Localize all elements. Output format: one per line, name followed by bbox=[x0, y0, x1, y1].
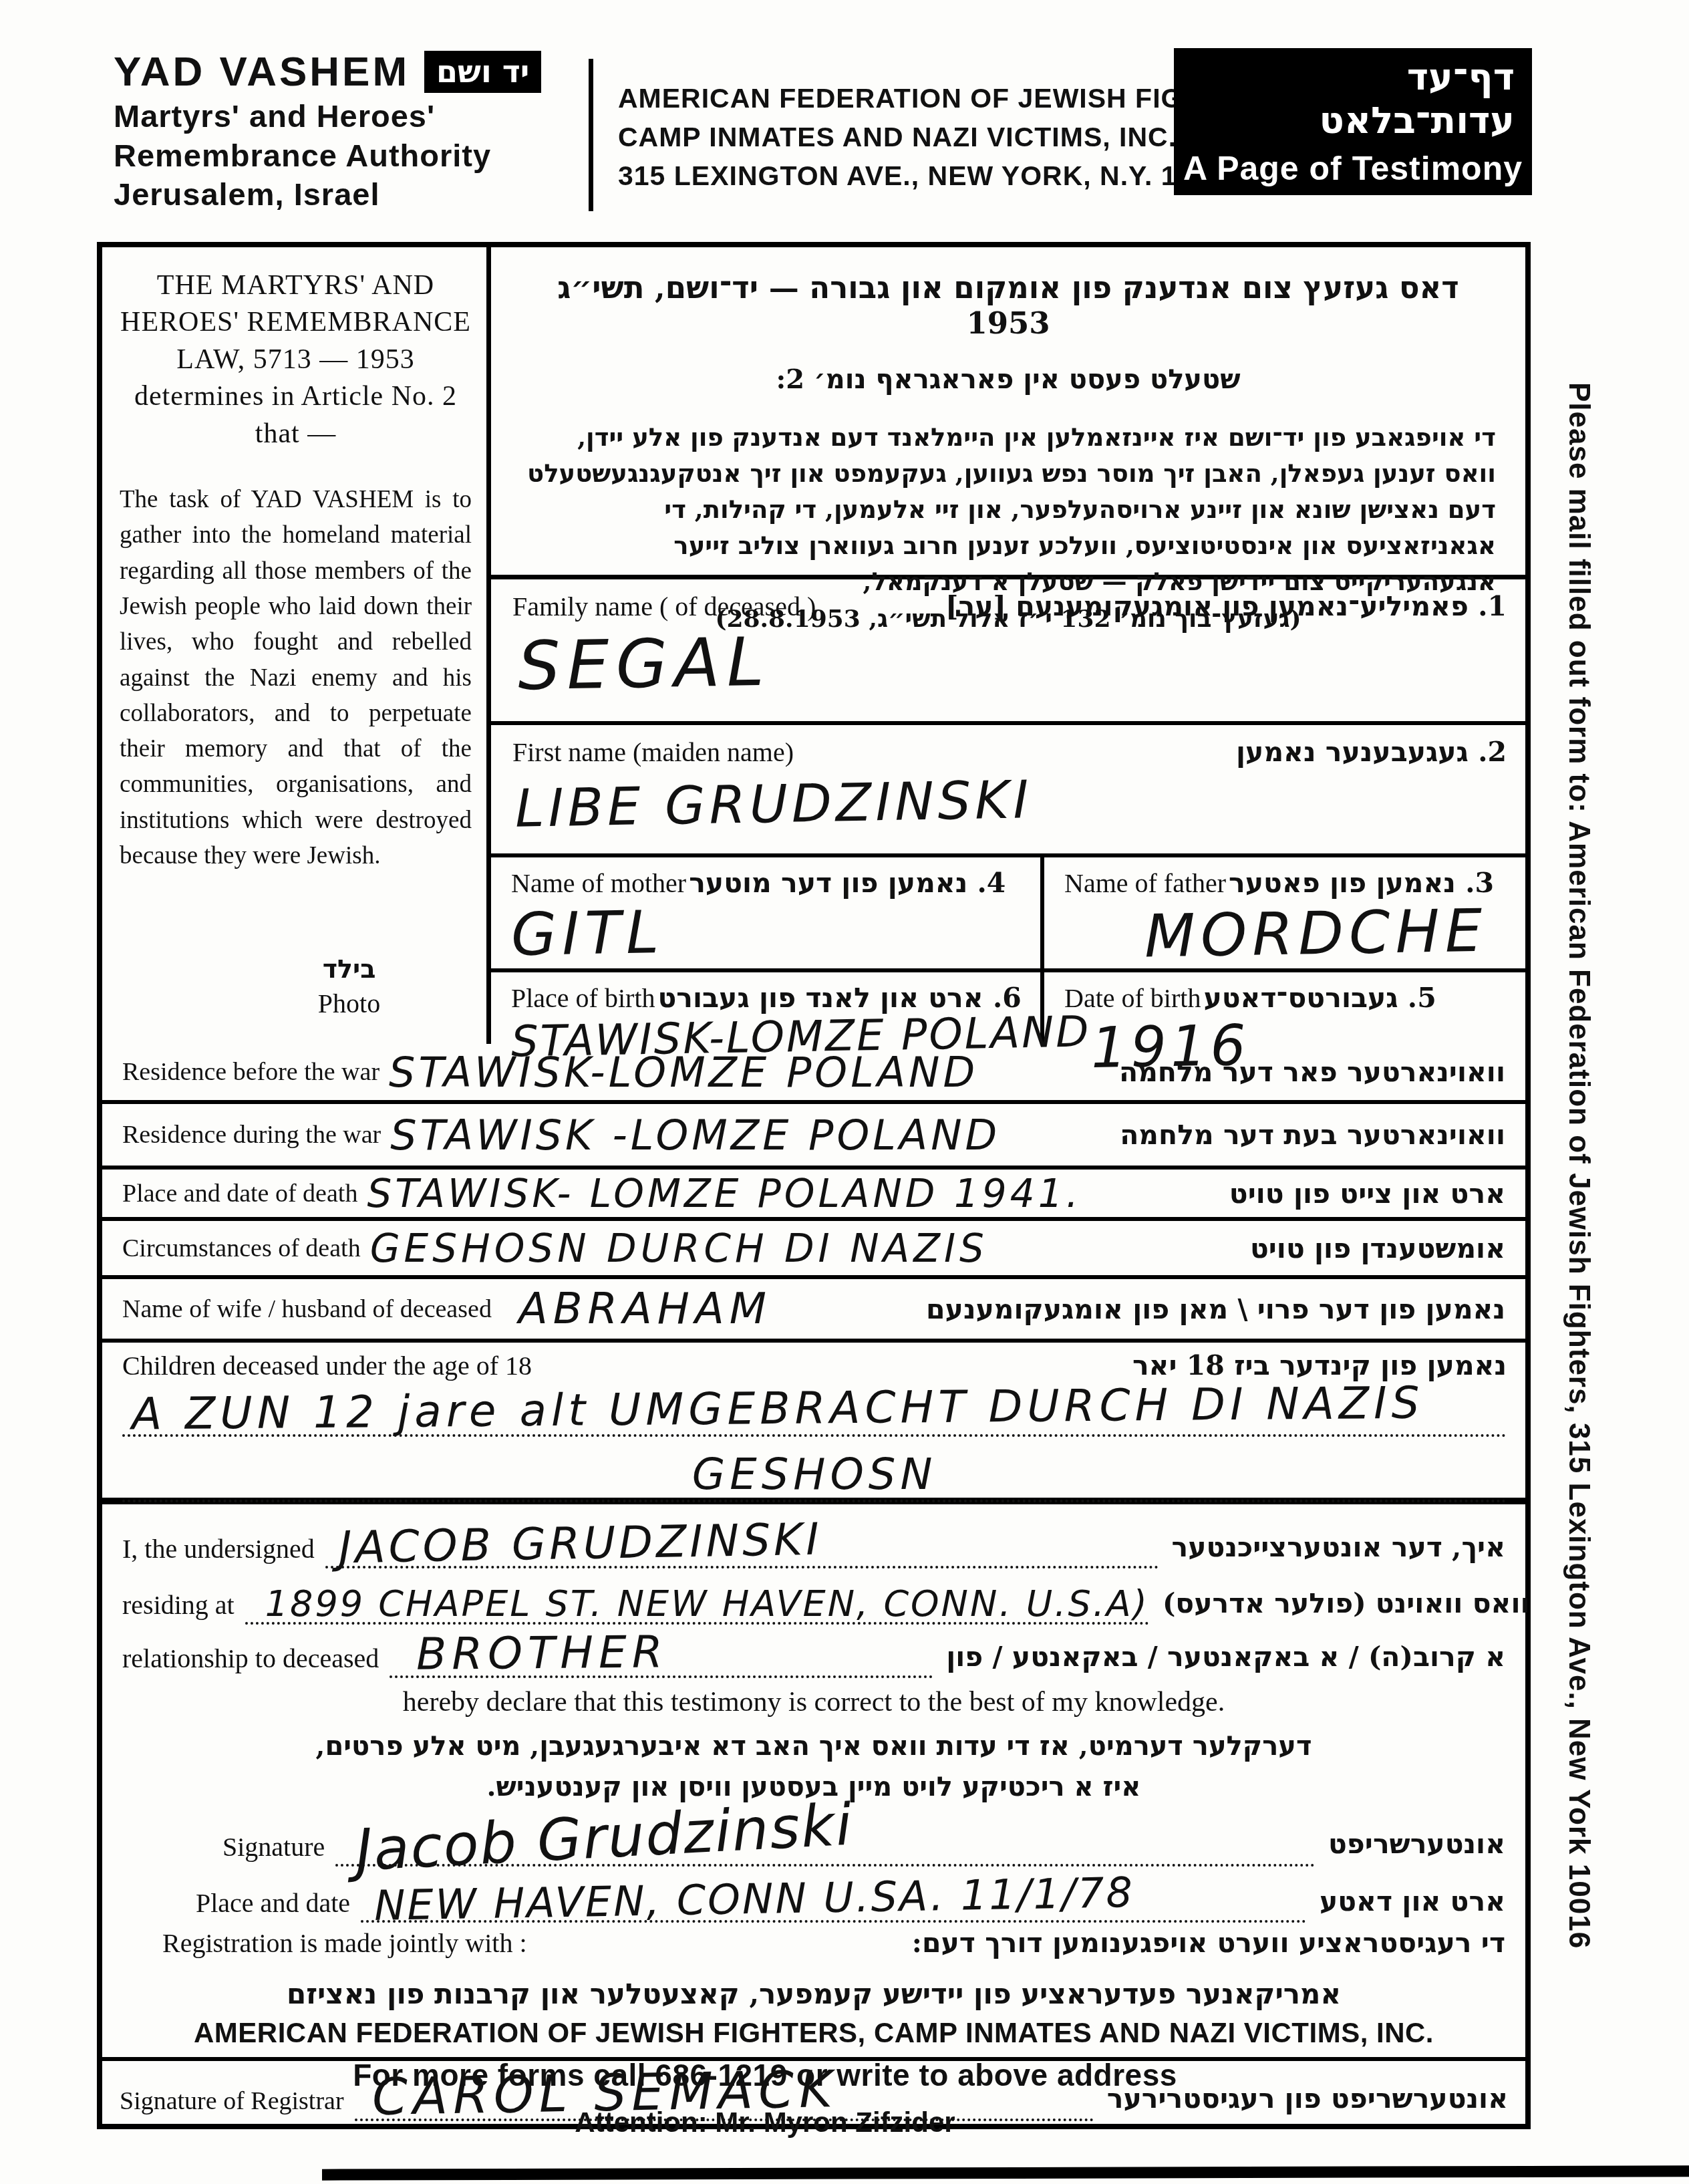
header-divider-rule bbox=[589, 59, 593, 211]
father-name-value: MORDCHE bbox=[1144, 896, 1488, 971]
field-mother-name: Name of mother 4. נאמען פון דער מוטער GI… bbox=[491, 857, 1044, 968]
death-circumstances-label-en: Circumstances of death bbox=[122, 1234, 361, 1263]
children-value-line1: A ZUN 12 jare alt UMGEBRACHT DURCH DI NA… bbox=[132, 1377, 1424, 1440]
footer-attention-line: Attention: Mr. Myron Zifzider bbox=[0, 2106, 1530, 2139]
spouse-name-label-en: Name of wife / husband of deceased bbox=[122, 1294, 492, 1324]
badge-hebrew-line2: עדות־בלאט bbox=[1174, 99, 1532, 142]
children-label-yi: נאמען פון קינדער ביז 18 יאר bbox=[1132, 1349, 1507, 1381]
death-place-date-label-yi: ארט און צייט פון טויט bbox=[1229, 1178, 1505, 1210]
registration-org-yiddish: אמריקאנער פעדעראציע פון יידישע קעמפער, ק… bbox=[122, 1977, 1505, 2010]
place-and-date-label-en: Place and date bbox=[196, 1887, 350, 1923]
undersigned-value: JACOB GRUDZINSKI bbox=[338, 1518, 822, 1571]
residence-before-value: STAWISK-LOMZE POLAND bbox=[389, 1048, 978, 1097]
photo-label-hebrew: בילד bbox=[226, 954, 472, 984]
mailing-instruction-sidebar: Please mail filled out form to: American… bbox=[1562, 382, 1595, 1799]
place-of-birth-label-en: Place of birth bbox=[511, 983, 655, 1013]
residence-before-label-en: Residence before the war bbox=[122, 1057, 379, 1087]
signature-value: Jacob Grudzinski bbox=[355, 1799, 855, 1877]
footer-note: For more forms call 686-1219 or write to… bbox=[0, 2057, 1530, 2139]
death-circumstances-value: GESHOSN DURCH DI NAZIS bbox=[370, 1226, 988, 1271]
date-of-birth-label-yi: 5. געבורטס־דאטע bbox=[1203, 982, 1436, 1014]
yad-vashem-logo-block: YAD VASHEM יד ושם Martyrs' and Heroes' R… bbox=[114, 48, 581, 213]
relationship-label-yi: א קרוב(ה) / א באקאנטער / באקאנטע / פון bbox=[946, 1641, 1505, 1678]
mother-name-label-en: Name of mother bbox=[511, 868, 686, 898]
field-circumstances-of-death: Circumstances of death GESHOSN DURCH DI … bbox=[102, 1221, 1525, 1279]
residing-at-label-en: residing at bbox=[122, 1589, 235, 1625]
yiddish-intro-body: די אויפגאבע פון יד־ושם איז איינזאמלען אי… bbox=[520, 419, 1496, 599]
mother-name-label-yi: 4. נאמען פון דער מוטער bbox=[689, 867, 1006, 899]
page-of-testimony-badge: דף־עד עדות־בלאט A Page of Testimony bbox=[1174, 48, 1532, 195]
children-value-line1-rule: A ZUN 12 jare alt UMGEBRACHT DURCH DI NA… bbox=[122, 1383, 1507, 1437]
relationship-label-en: relationship to deceased bbox=[122, 1643, 379, 1678]
place-and-date-fill-line: NEW HAVEN, CONN U.SA. 11/1/78 bbox=[361, 1879, 1306, 1923]
undersigned-fill-line: JACOB GRUDZINSKI bbox=[325, 1522, 1159, 1568]
residence-during-value: STAWISK -LOMZE POLAND bbox=[390, 1111, 1000, 1159]
residence-during-label-yi: וואוינארטער בעת דער מלחמה bbox=[1120, 1119, 1505, 1151]
death-place-date-value: STAWISK- LOMZE POLAND 1941. bbox=[367, 1171, 1082, 1216]
field-residence-during-war: Residence during the war STAWISK -LOMZE … bbox=[102, 1104, 1525, 1170]
field-residence-before-war: Residence before the war STAWISK-LOMZE P… bbox=[102, 1044, 1525, 1104]
declaration-english: hereby declare that this testimony is co… bbox=[122, 1686, 1505, 1718]
place-and-date-label-yi: ארט און דאטע bbox=[1320, 1885, 1505, 1923]
relationship-value: BROTHER bbox=[416, 1630, 668, 1676]
field-place-and-date: Place and date NEW HAVEN, CONN U.SA. 11/… bbox=[122, 1867, 1505, 1923]
signature-fill-line: Jacob Grudzinski bbox=[335, 1812, 1315, 1867]
residence-before-label-yi: וואוינארטער פאר דער מלחמה bbox=[1119, 1056, 1505, 1088]
badge-hebrew-line1: דף־עד bbox=[1174, 55, 1532, 99]
signature-label-en: Signature bbox=[222, 1831, 325, 1867]
law-panel: THE MARTYRS' AND HEROES' REMEMBRANCE LAW… bbox=[102, 247, 491, 1044]
first-name-label-en: First name (maiden name) bbox=[512, 736, 794, 768]
father-name-label-en: Name of father bbox=[1064, 868, 1226, 898]
scanned-page-of-testimony-form: { "header": { "yad_vashem": "YAD VASHEM"… bbox=[0, 0, 1689, 2184]
registration-label-en: Registration is made jointly with : bbox=[162, 1927, 527, 1963]
badge-english-title: A Page of Testimony bbox=[1174, 149, 1532, 188]
field-parents-row: Name of mother 4. נאמען פון דער מוטער GI… bbox=[491, 857, 1525, 972]
date-of-birth-label-en: Date of birth bbox=[1064, 983, 1201, 1013]
yiddish-intro-title1: דאס געזעץ צום אנדענק פון אומקום און גבור… bbox=[520, 270, 1496, 341]
residing-at-label-yi: וואס וואוינט (פולער אדרעס) bbox=[1163, 1587, 1530, 1625]
authority-name-line2: Remembrance Authority bbox=[114, 138, 581, 174]
photo-label-english: Photo bbox=[226, 988, 472, 1019]
residence-during-label-en: Residence during the war bbox=[122, 1120, 381, 1149]
law-heading: THE MARTYRS' AND HEROES' REMEMBRANCE LAW… bbox=[120, 267, 472, 452]
law-body-text: The task of YAD VASHEM is to gather into… bbox=[120, 482, 472, 873]
yiddish-intro-title2: שטעלט פעסט אין פאראגראף נומ׳ 2: bbox=[520, 364, 1496, 395]
undersigned-label-yi: איך, דער אונטערצייכנטער bbox=[1172, 1531, 1505, 1568]
relationship-fill-line: BROTHER bbox=[390, 1631, 933, 1678]
field-signature: Signature Jacob Grudzinski אונטערשריפט bbox=[122, 1802, 1505, 1867]
field-children-deceased: Children deceased under the age of 18 נא… bbox=[102, 1343, 1525, 1504]
children-value-line2-rule: GESHOSN bbox=[122, 1450, 1507, 1502]
spouse-name-value: ABRAHAM bbox=[518, 1284, 772, 1334]
field-first-name: First name (maiden name) 2. געגעבענער נא… bbox=[491, 725, 1525, 857]
photo-placeholder: בילד Photo bbox=[120, 954, 472, 1019]
undersigned-label-en: I, the undersigned bbox=[122, 1533, 315, 1568]
authority-location: Jerusalem, Israel bbox=[114, 176, 581, 213]
footer-more-forms-line: For more forms call 686-1219 or write to… bbox=[0, 2057, 1530, 2093]
death-circumstances-label-yi: אומשטענדן פון טויט bbox=[1250, 1232, 1505, 1264]
field-place-of-birth: Place of birth 6. ארט און לאנד פון געבור… bbox=[491, 972, 1044, 1044]
field-registration-jointly: Registration is made jointly with : די ר… bbox=[122, 1927, 1505, 1965]
death-place-date-label-en: Place and date of death bbox=[122, 1179, 357, 1208]
family-name-value: SEGAL bbox=[517, 623, 771, 706]
testimony-form: THE MARTYRS' AND HEROES' REMEMBRANCE LAW… bbox=[97, 242, 1531, 2129]
field-relationship: relationship to deceased BROTHER א קרוב(… bbox=[122, 1625, 1505, 1678]
family-name-label-yi: 1. פאמיליע־נאמען פון אומגעקומענעם [ער] bbox=[945, 590, 1507, 622]
field-date-of-birth: Date of birth 5. געבורטס־דאטע 1916 bbox=[1044, 972, 1525, 1044]
mother-name-value: GITL bbox=[510, 898, 665, 969]
father-name-label-yi: 3. נאמען פון פאטער bbox=[1229, 867, 1494, 899]
children-label-en: Children deceased under the age of 18 bbox=[122, 1350, 532, 1381]
children-value-line2: GESHOSN bbox=[692, 1450, 937, 1500]
family-name-label-en: Family name ( of deceased ) bbox=[512, 591, 816, 622]
place-and-date-value: NEW HAVEN, CONN U.SA. 11/1/78 bbox=[374, 1872, 1135, 1927]
registration-org-english: AMERICAN FEDERATION OF JEWISH FIGHTERS, … bbox=[122, 2017, 1505, 2049]
first-name-label-yi: 2. געגעבענער נאמען bbox=[1236, 736, 1507, 768]
authority-name-line1: Martyrs' and Heroes' bbox=[114, 98, 581, 135]
declaration-yiddish-line1: דערקלער דערמיט, אז די עדות וואס איך האב … bbox=[122, 1730, 1505, 1762]
yad-vashem-hebrew-logo: יד ושם bbox=[424, 51, 541, 93]
residing-at-value: 1899 CHAPEL ST. NEW HAVEN, CONN. U.S.A) bbox=[265, 1586, 1149, 1622]
residing-at-fill-line: 1899 CHAPEL ST. NEW HAVEN, CONN. U.S.A) bbox=[245, 1586, 1149, 1625]
field-place-date-of-death: Place and date of death STAWISK- LOMZE P… bbox=[102, 1170, 1525, 1221]
registration-label-yi: די רעגיסטראציע ווערט אויפגענומען דורך דע… bbox=[912, 1927, 1505, 1959]
signature-label-yi: אונטערשריפט bbox=[1328, 1828, 1505, 1867]
scan-edge-artifact bbox=[322, 2165, 1689, 2180]
yiddish-law-intro: דאס געזעץ צום אנדענק פון אומקום און גבור… bbox=[491, 247, 1525, 579]
declaration-section: I, the undersigned JACOB GRUDZINSKI איך,… bbox=[102, 1504, 1525, 2049]
field-residing-at: residing at 1899 CHAPEL ST. NEW HAVEN, C… bbox=[122, 1568, 1505, 1625]
field-birth-row: Place of birth 6. ארט און לאנד פון געבור… bbox=[491, 972, 1525, 1044]
field-spouse-name: Name of wife / husband of deceased ABRAH… bbox=[102, 1279, 1525, 1343]
yad-vashem-wordmark: YAD VASHEM bbox=[114, 48, 410, 96]
field-undersigned: I, the undersigned JACOB GRUDZINSKI איך,… bbox=[122, 1512, 1505, 1568]
field-family-name: Family name ( of deceased ) 1. פאמיליע־נ… bbox=[491, 579, 1525, 725]
first-name-value: LIBE GRUDZINSKI bbox=[514, 770, 1033, 839]
field-father-name: Name of father 3. נאמען פון פאטער MORDCH… bbox=[1044, 857, 1525, 968]
spouse-name-label-yi: נאמען פון דער פרוי \ מאן פון אומגעקומענע… bbox=[926, 1293, 1505, 1325]
